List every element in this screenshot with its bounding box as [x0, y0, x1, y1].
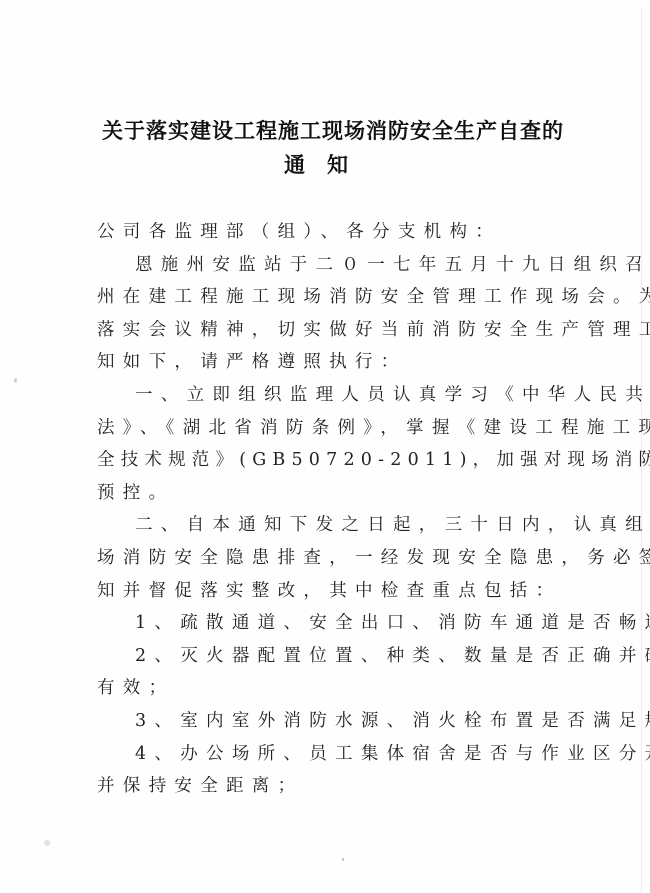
notice-title-subtitle: 通知: [2, 149, 650, 179]
notice-body: 公司各监理部（组）、各分支机构： 恩施州安监站于二０一七年五月十九日组织召开了恩…: [97, 216, 567, 803]
check-item-3: 3、室内室外消防水源、消火栓布置是否满足规范要求；: [97, 705, 567, 738]
scan-speck: [342, 858, 344, 861]
item-two-line: 二、自本通知下发之日起，三十日内，认真组织施工现: [97, 509, 567, 542]
paragraph-line: 场消防安全隐患排查，一经发现安全隐患，务必签发整改通: [97, 542, 567, 575]
paragraph-line: 州在建工程施工现场消防安全管理工作现场会。为迅速贯彻: [97, 281, 567, 314]
check-item-4-cont: 并保持安全距离；: [97, 770, 567, 803]
paragraph-line: 落实会议精神，切实做好当前消防安全生产管理工作，现通: [97, 314, 567, 347]
paragraph-line: 知并督促落实整改，其中检查重点包括：: [97, 575, 567, 608]
paragraph-line: 法》、《湖北省消防条例》，掌握《建设工程施工现场消防安: [97, 412, 567, 445]
paragraph-line: 全技术规范》(GB50720-2011)，加强对现场消防安全管理的: [97, 444, 567, 477]
scan-speck: [44, 840, 50, 846]
paragraph-line: 知如下，请严格遵照执行：: [97, 346, 567, 379]
document-page: 关于落实建设工程施工现场消防安全生产自查的 通知 公司各监理部（组）、各分支机构…: [0, 0, 650, 893]
paragraph-line: 预控。: [97, 477, 567, 510]
item-one-line: 一、立即组织监理人员认真学习《中华人民共和国消防: [97, 379, 567, 412]
paragraph-line: 恩施州安监站于二０一七年五月十九日组织召开了恩施: [97, 249, 567, 282]
check-item-4: 4、办公场所、员工集体宿舍是否与作业区分开设置，: [97, 738, 567, 771]
notice-title: 关于落实建设工程施工现场消防安全生产自查的: [8, 115, 650, 145]
check-item-2-cont: 有效；: [97, 672, 567, 705]
salutation-line: 公司各监理部（组）、各分支机构：: [97, 216, 567, 249]
check-item-1: 1、疏散通道、安全出口、消防车通道是否畅通；: [97, 607, 567, 640]
scan-speck: [14, 378, 17, 383]
check-item-2: 2、灭火器配置位置、种类、数量是否正确并确保完好: [97, 640, 567, 673]
